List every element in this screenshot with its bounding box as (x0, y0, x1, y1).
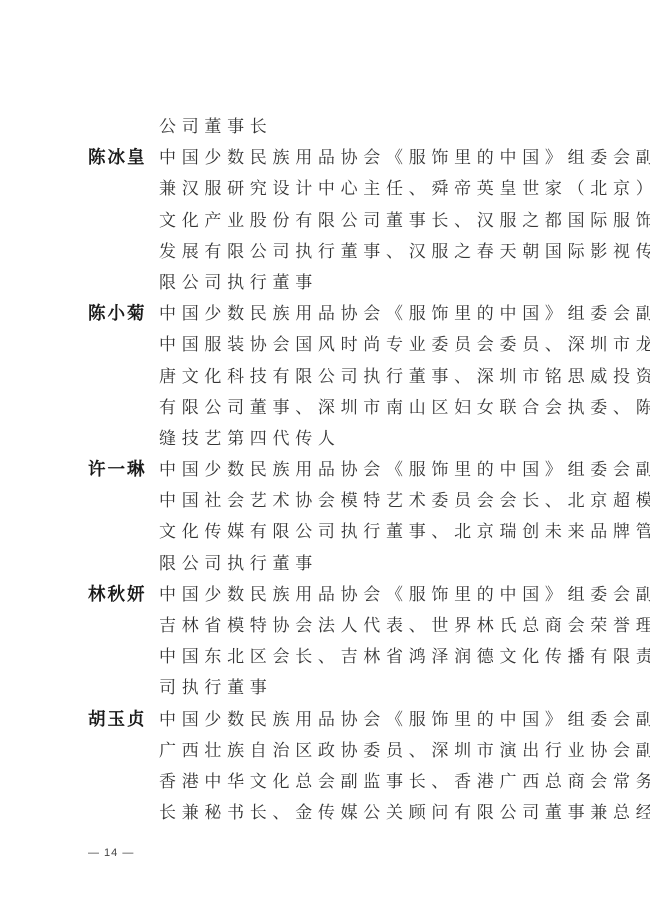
entry-text-line: 吉林省模特协会法人代表、世界林氏总商会荣誉理事/ (159, 611, 588, 642)
person-name: 林秋妍 (88, 580, 147, 611)
person-name: 陈小菊 (88, 299, 147, 330)
entry-text-line: 中国服装协会国风时尚专业委员会委员、深圳市龙腾汉 (159, 330, 588, 361)
person-name: 许一琳 (88, 455, 147, 486)
entry-text-line: 中国社会艺术协会模特艺术委员会会长、北京超模时代 (159, 486, 588, 517)
entry-text-line: 长兼秘书长、金传媒公关顾问有限公司董事兼总经理 (159, 798, 588, 829)
entry-text-line: 香港中华文化总会副监事长、香港广西总商会常务副会 (159, 767, 588, 798)
page-number: — 14 — (88, 847, 134, 859)
person-entry: 陈小菊 中国少数民族用品协会《服饰里的中国》组委会副主席、 中国服装协会国风时尚… (88, 299, 588, 455)
person-name: 陈冰皇 (88, 143, 147, 174)
person-entry: 林秋妍 中国少数民族用品协会《服饰里的中国》组委会副主席、 吉林省模特协会法人代… (88, 580, 588, 705)
entry-text-line: 中国少数民族用品协会《服饰里的中国》组委会副主席、 (159, 580, 588, 611)
entry-text-line: 限公司执行董事 (159, 549, 588, 580)
entry-text-line: 缝技艺第四代传人 (159, 424, 588, 455)
entry-text-line: 限公司执行董事 (159, 268, 588, 299)
entry-text-line: 司执行董事 (159, 673, 588, 704)
continuation-line: 公司董事长 (159, 112, 588, 143)
entry-text-line: 中国少数民族用品协会《服饰里的中国》组委会副主席、 (159, 299, 588, 330)
entry-text-line: 中国少数民族用品协会《服饰里的中国》组委会副主席、 (159, 705, 588, 736)
person-entry: 胡玉贞 中国少数民族用品协会《服饰里的中国》组委会副主席、 广西壮族自治区政协委… (88, 705, 588, 830)
entry-text-line: 中国少数民族用品协会《服饰里的中国》组委会副主席、 (159, 455, 588, 486)
person-entry: 陈冰皇 中国少数民族用品协会《服饰里的中国》组委会副主席 兼汉服研究设计中心主任… (88, 143, 588, 299)
document-content: 公司董事长 陈冰皇 中国少数民族用品协会《服饰里的中国》组委会副主席 兼汉服研究… (88, 112, 588, 829)
document-page: 公司董事长 陈冰皇 中国少数民族用品协会《服饰里的中国》组委会副主席 兼汉服研究… (0, 0, 650, 919)
entry-text-line: 中国东北区会长、吉林省鸿泽润德文化传播有限责任公 (159, 642, 588, 673)
entry-text-line: 文化产业股份有限公司董事长、汉服之都国际服饰文化 (159, 206, 588, 237)
entry-text-line: 唐文化科技有限公司执行董事、深圳市铭思威投资发展 (159, 362, 588, 393)
person-name: 胡玉贞 (88, 705, 147, 736)
person-entry: 许一琳 中国少数民族用品协会《服饰里的中国》组委会副主席、 中国社会艺术协会模特… (88, 455, 588, 580)
entry-text-line: 发展有限公司执行董事、汉服之春天朝国际影视传媒有 (159, 237, 588, 268)
entry-text-line: 有限公司董事、深圳市南山区妇女联合会执委、陈氏裁 (159, 393, 588, 424)
entry-text-line: 兼汉服研究设计中心主任、舜帝英皇世家（北京）国际 (159, 174, 588, 205)
entry-text-line: 中国少数民族用品协会《服饰里的中国》组委会副主席 (159, 143, 588, 174)
entry-text-line: 文化传媒有限公司执行董事、北京瑞创未来品牌管理有 (159, 517, 588, 548)
entry-text-line: 广西壮族自治区政协委员、深圳市演出行业协会副会长、 (159, 736, 588, 767)
